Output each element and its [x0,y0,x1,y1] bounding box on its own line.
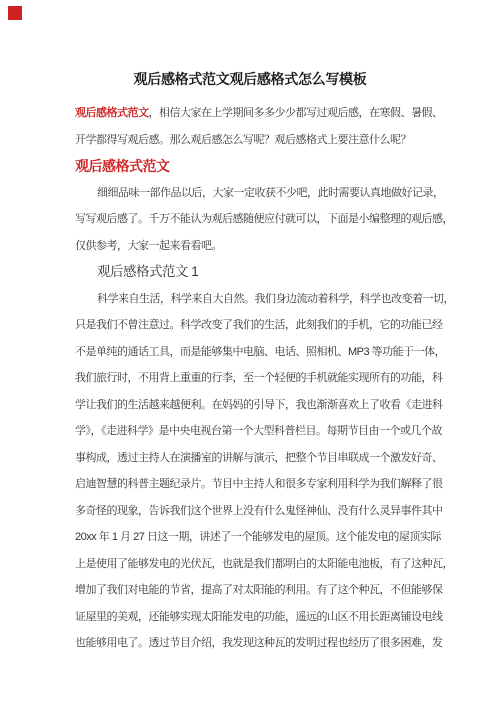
text-segment: 多奇怪的现象，告诉我们这个世界上没有什么鬼怪神仙、没有什么灵异事件其中 [75,505,443,517]
text-segment: 开学都得写观后感。那么观后感怎么写呢？观后感格式上要注意什么呢？ [75,134,411,146]
text-line: 开学都得写观后感。那么观后感怎么写呢？观后感格式上要注意什么呢？ [75,127,440,154]
text-line: 我们旅行时，不用背上重重的行李，至一个轻便的手机就能实现所有的功能，科 [75,365,440,392]
text-line: 多奇怪的现象，告诉我们这个世界上没有什么鬼怪神仙、没有什么灵异事件其中 [75,498,440,525]
text-line: 证屋里的美观，还能够实现太阳能发电的功能，遥远的山区不用长距离铺设电线 [75,604,440,631]
text-line: 启迪智慧的科普主题纪录片。节目中主持人和很多专家利用科学为我们解释了很 [75,471,440,498]
text-segment: 上是使用了能够发电的光伏瓦，也就是我们都明白的太阳能电池板，有了这种瓦， [75,558,453,570]
text-segment: 观后感格式范文 [75,158,170,174]
article-body: 观后感格式范文，相信大家在上学期间多多少少都写过观后感，在寒假、暑假、开学都得写… [75,100,440,657]
text-line: 增加了我们对电能的节省，提高了对太阳能的利用。有了这个种瓦，不但能够保 [75,577,440,604]
text-segment: ，相信大家在上学期间多多少少都写过观后感，在寒假、暑假、 [149,107,443,119]
text-segment: 也能够用电了。透过节目介绍，我发现这种瓦的发明过程也经历了很多困难，发 [75,637,443,649]
text-line: 写写观后感了。千万不能认为观后感随便应付就可以，下面是小编整理的观后感， [75,206,440,233]
text-segment: 学》，《走进科学》是中央电视台第一个大型科普栏目。每期节目由一个或几个故 [75,425,442,437]
text-line: 20xx 年 1 月 27 日这一期，讲述了一个能够发电的屋顶。这个能发电的屋顶… [75,524,440,551]
text-line: 观后感格式范文，相信大家在上学期间多多少少都写过观后感，在寒假、暑假、 [75,100,440,127]
text-segment: 我们旅行时，不用背上重重的行李，至一个轻便的手机就能实现所有的功能，科 [75,372,443,384]
text-line: 细细品味一部作品以后，大家一定收获不少吧，此时需要认真地做好记录， [75,180,440,207]
text-segment: 写写观后感了。千万不能认为观后感随便应付就可以，下面是小编整理的观后感， [75,213,453,225]
page-title: 观后感格式范文观后感格式怎么写模板 [0,0,500,89]
text-line: 只是我们不曾注意过。科学改变了我们的生活，此刻我们的手机，它的功能已经 [75,312,440,339]
text-segment: 仅供参考，大家一起来看看吧。 [75,240,222,252]
text-line: 上是使用了能够发电的光伏瓦，也就是我们都明白的太阳能电池板，有了这种瓦， [75,551,440,578]
text-line: 也能够用电了。透过节目介绍，我发现这种瓦的发明过程也经历了很多困难，发 [75,630,440,657]
red-lead-text: 观后感格式范文 [75,107,149,119]
text-line: 学让我们的生活越来越便利。在妈妈的引导下，我也渐渐喜欢上了收看《走进科 [75,392,440,419]
section-heading: 观后感格式范文 1 [75,259,440,286]
text-segment: 启迪智慧的科普主题纪录片。节目中主持人和很多专家利用科学为我们解释了很 [75,478,443,490]
text-segment: 只是我们不曾注意过。科学改变了我们的生活，此刻我们的手机，它的功能已经 [75,319,443,331]
text-segment: 学让我们的生活越来越便利。在妈妈的引导下，我也渐渐喜欢上了收看《走进科 [75,399,443,411]
text-segment: 证屋里的美观，还能够实现太阳能发电的功能，遥远的山区不用长距离铺设电线 [75,611,443,623]
text-segment: 细细品味一部作品以后，大家一定收获不少吧，此时需要认真地做好记录， [97,187,444,199]
text-segment: 事构成，透过主持人在演播室的讲解与演示，把整个节目串联成一个激发好奇、 [75,452,443,464]
section-heading-red: 观后感格式范文 [75,153,440,180]
text-segment: 增加了我们对电能的节省，提高了对太阳能的利用。有了这个种瓦，不但能够保 [75,584,443,596]
text-segment: 不是单纯的通话工具，而是能够集中电脑、电话、照相机、MP3 等功能于一体， [75,346,445,358]
text-line: 不是单纯的通话工具，而是能够集中电脑、电话、照相机、MP3 等功能于一体， [75,339,440,366]
text-segment: 观后感格式范文 1 [97,264,198,279]
text-line: 学》，《走进科学》是中央电视台第一个大型科普栏目。每期节目由一个或几个故 [75,418,440,445]
text-line: 仅供参考，大家一起来看看吧。 [75,233,440,260]
text-segment: 科学来自生活，科学来自大自然。我们身边流动着科学，科学也改变着一切， [97,293,454,305]
text-segment: 20xx 年 1 月 27 日这一期，讲述了一个能够发电的屋顶。这个能发电的屋顶… [75,531,441,543]
text-line: 科学来自生活，科学来自大自然。我们身边流动着科学，科学也改变着一切， [75,286,440,313]
text-line: 事构成，透过主持人在演播室的讲解与演示，把整个节目串联成一个激发好奇、 [75,445,440,472]
corner-marker [8,6,22,20]
